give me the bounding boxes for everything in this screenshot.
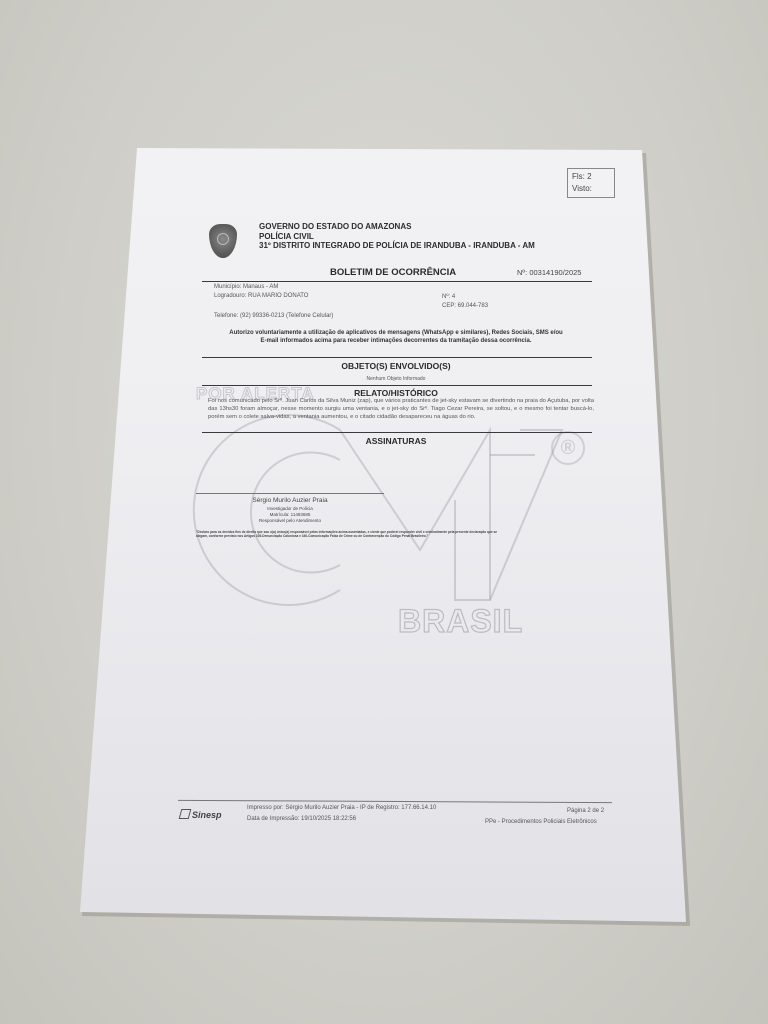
signer-matricula: Matrícula: 11483685 [196, 512, 384, 517]
footer-divider [178, 800, 612, 803]
objects-value: Nenhum Objeto Informado [200, 376, 592, 382]
divider [202, 281, 592, 282]
signature-block: Sérgio Murilo Auzier Praia Investigador … [196, 497, 384, 523]
header-government: GOVERNO DO ESTADO DO AMAZONAS [259, 222, 535, 232]
divider [202, 385, 592, 386]
police-report-document: ® BRASIL POR ALERTA Fls: 2 Visto: GOVERN… [0, 0, 768, 1024]
page-indicator: Página 2 de 2 [567, 808, 604, 814]
header-police: POLÍCIA CIVIL [259, 232, 535, 242]
relato-heading: RELATO/HISTÓRICO [200, 388, 592, 398]
address-number: Nº: 4 [442, 294, 455, 300]
header-district: 31º DISTRITO INTEGRADO DE POLÍCIA DE IRA… [259, 241, 535, 251]
header-block: GOVERNO DO ESTADO DO AMAZONAS POLÍCIA CI… [259, 222, 535, 251]
signer-responsibility: Responsável pelo Atendimento [196, 518, 384, 523]
authorization-notice: Autorizo voluntariamente a utilização de… [200, 329, 592, 345]
report-title: BOLETIM DE OCORRÊNCIA [330, 267, 456, 278]
sinesp-logo-icon [179, 809, 192, 819]
divider [202, 357, 592, 358]
telefone: Telefone: (92) 99336-0213 (Telefone Celu… [214, 313, 333, 319]
fls-stamp-box: Fls: 2 Visto: [567, 168, 615, 198]
divider [202, 432, 592, 433]
cep: CEP: 69.044-783 [442, 303, 488, 309]
signatures-heading: ASSINATURAS [200, 436, 592, 446]
relato-text: Foi nos comunicado pelo Srº. Juan Carlos… [208, 398, 594, 421]
declaration: "Declaro para os devidos fins de direito… [196, 530, 601, 538]
police-badge-icon [209, 224, 237, 258]
watermark-brand: BRASIL [398, 603, 523, 640]
logradouro: Logradouro: RUA MARIO DONATO [214, 293, 308, 299]
report-number: Nº: 00314190/2025 [517, 268, 581, 277]
signature-line [196, 493, 384, 494]
print-date: Data de Impressão: 19/10/2025 18:22:56 [247, 816, 356, 822]
signer-name: Sérgio Murilo Auzier Praia [196, 497, 384, 504]
sinesp-logo: Sinesp [180, 809, 222, 820]
signer-role: Investigador de Polícia [196, 506, 384, 511]
printed-by: Impresso por: Sérgio Murilo Auzier Praia… [247, 805, 436, 811]
municipio: Município: Manaus - AM [214, 284, 278, 290]
fls-number: Fls: 2 [572, 171, 610, 183]
objects-heading: OBJETO(S) ENVOLVIDO(S) [200, 361, 592, 371]
visto-label: Visto: [572, 183, 610, 195]
system-name: PPe - Procedimentos Policiais Eletrônico… [485, 819, 597, 825]
